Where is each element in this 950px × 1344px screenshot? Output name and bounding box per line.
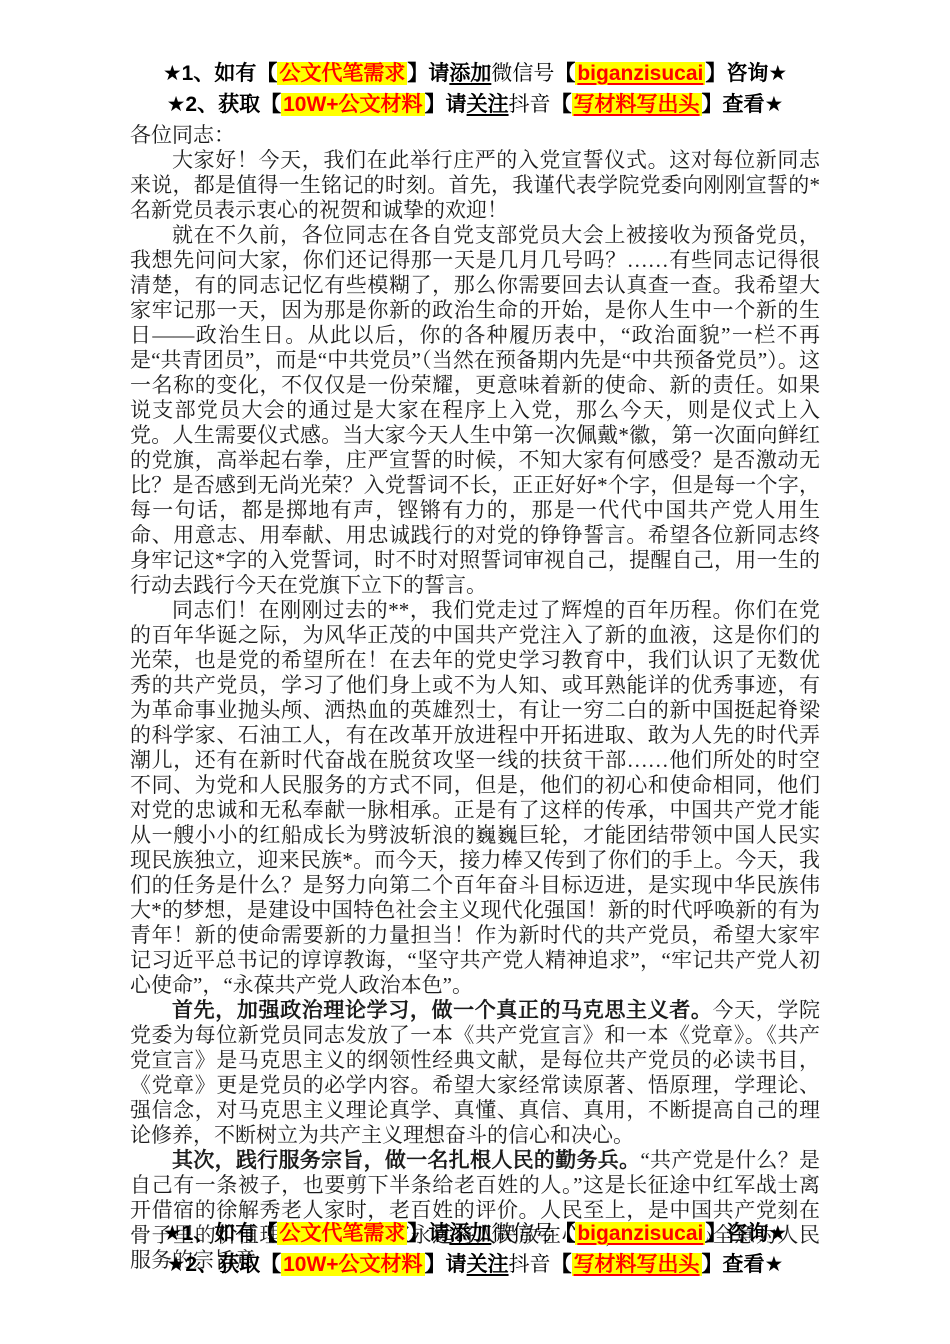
promo-text: 抖音 xyxy=(509,93,551,116)
promo-text: 【 xyxy=(554,1222,575,1245)
document-body: 各位同志： 大家好！今天，我们在此举行庄严的入党宣誓仪式。这对每位新同志来说，都… xyxy=(130,123,820,1273)
promo-highlight-materials: 10W+公文材料 xyxy=(281,93,424,116)
paragraph-2: 就在不久前，各位同志在各自党支部党员大会上被接收为预备党员，我想先问问大家，你们… xyxy=(130,223,820,598)
promo-text: 】咨询★ xyxy=(705,62,787,85)
promo-text: 】请 xyxy=(425,1253,467,1276)
promo-text: 】查看★ xyxy=(702,1253,784,1276)
paragraph-1: 大家好！今天，我们在此举行庄严的入党宣誓仪式。这对每位新同志来说，都是值得一生铭… xyxy=(130,148,820,223)
promo-text: 微信号 xyxy=(491,1222,554,1245)
paragraph-3: 同志们！在刚刚过去的**，我们党走过了辉煌的百年历程。你们在党的百年华诞之际，为… xyxy=(130,598,820,998)
promo-line-2: ★2、获取【10W+公文材料】请关注抖音【写材料写出头】查看★ xyxy=(0,89,950,120)
promo-highlight-wechat-id: biganzisucai xyxy=(575,62,705,85)
promo-highlight-service: 公文代笔需求 xyxy=(277,62,407,85)
paragraph-lead: 首先，加强政治理论学习，做一个真正的马克思主义者。 xyxy=(172,999,713,1022)
promo-text: 微信号 xyxy=(491,62,554,85)
promo-line-1: ★1、如有【公文代笔需求】请添加微信号【biganzisucai】咨询★ xyxy=(0,58,950,89)
promo-line-1: ★1、如有【公文代笔需求】请添加微信号【biganzisucai】咨询★ xyxy=(0,1218,950,1249)
promo-text: 】请 xyxy=(407,62,449,85)
promo-highlight-wechat-id: biganzisucai xyxy=(575,1222,705,1245)
document-page: ★1、如有【公文代笔需求】请添加微信号【biganzisucai】咨询★ ★2、… xyxy=(0,0,950,1344)
header-promo: ★1、如有【公文代笔需求】请添加微信号【biganzisucai】咨询★ ★2、… xyxy=(0,0,950,120)
promo-text: ★1、如有【 xyxy=(163,62,278,85)
promo-line-2: ★2、获取【10W+公文材料】请关注抖音【写材料写出头】查看★ xyxy=(0,1249,950,1280)
paragraph-4: 首先，加强政治理论学习，做一个真正的马克思主义者。今天，学院党委为每位新党员同志… xyxy=(130,998,820,1148)
salutation: 各位同志： xyxy=(130,123,820,148)
promo-text: 】请 xyxy=(407,1222,449,1245)
promo-text: 抖音 xyxy=(509,1253,551,1276)
promo-underline-follow: 关注 xyxy=(467,93,509,116)
paragraph-text: 同志们！在刚刚过去的**，我们党走过了辉煌的百年历程。你们在党的百年华诞之际，为… xyxy=(130,598,820,997)
paragraph-text: 大家好！今天，我们在此举行庄严的入党宣誓仪式。这对每位新同志来说，都是值得一生铭… xyxy=(130,148,820,222)
promo-text: ★1、如有【 xyxy=(163,1222,278,1245)
promo-text: 】请 xyxy=(425,93,467,116)
promo-underline-follow: 关注 xyxy=(467,1253,509,1276)
promo-text: 【 xyxy=(554,62,575,85)
promo-highlight-materials: 10W+公文材料 xyxy=(281,1253,424,1276)
promo-underline-add: 添加 xyxy=(449,62,491,85)
paragraph-lead: 其次，践行服务宗旨，做一名扎根人民的勤务兵。 xyxy=(172,1149,640,1172)
promo-text: 】咨询★ xyxy=(705,1222,787,1245)
paragraph-text: 就在不久前，各位同志在各自党支部党员大会上被接收为预备党员，我想先问问大家，你们… xyxy=(130,223,820,597)
promo-highlight-service: 公文代笔需求 xyxy=(277,1222,407,1245)
footer-promo: ★1、如有【公文代笔需求】请添加微信号【biganzisucai】咨询★ ★2、… xyxy=(0,1218,950,1280)
promo-text: ★2、获取【 xyxy=(167,1253,282,1276)
promo-text: 【 xyxy=(551,93,572,116)
promo-text: ★2、获取【 xyxy=(167,93,282,116)
promo-text: 】查看★ xyxy=(702,93,784,116)
promo-underline-add: 添加 xyxy=(449,1222,491,1245)
promo-highlight-douyin-id: 写材料写出头 xyxy=(572,93,702,116)
promo-text: 【 xyxy=(551,1253,572,1276)
promo-highlight-douyin-id: 写材料写出头 xyxy=(572,1253,702,1276)
